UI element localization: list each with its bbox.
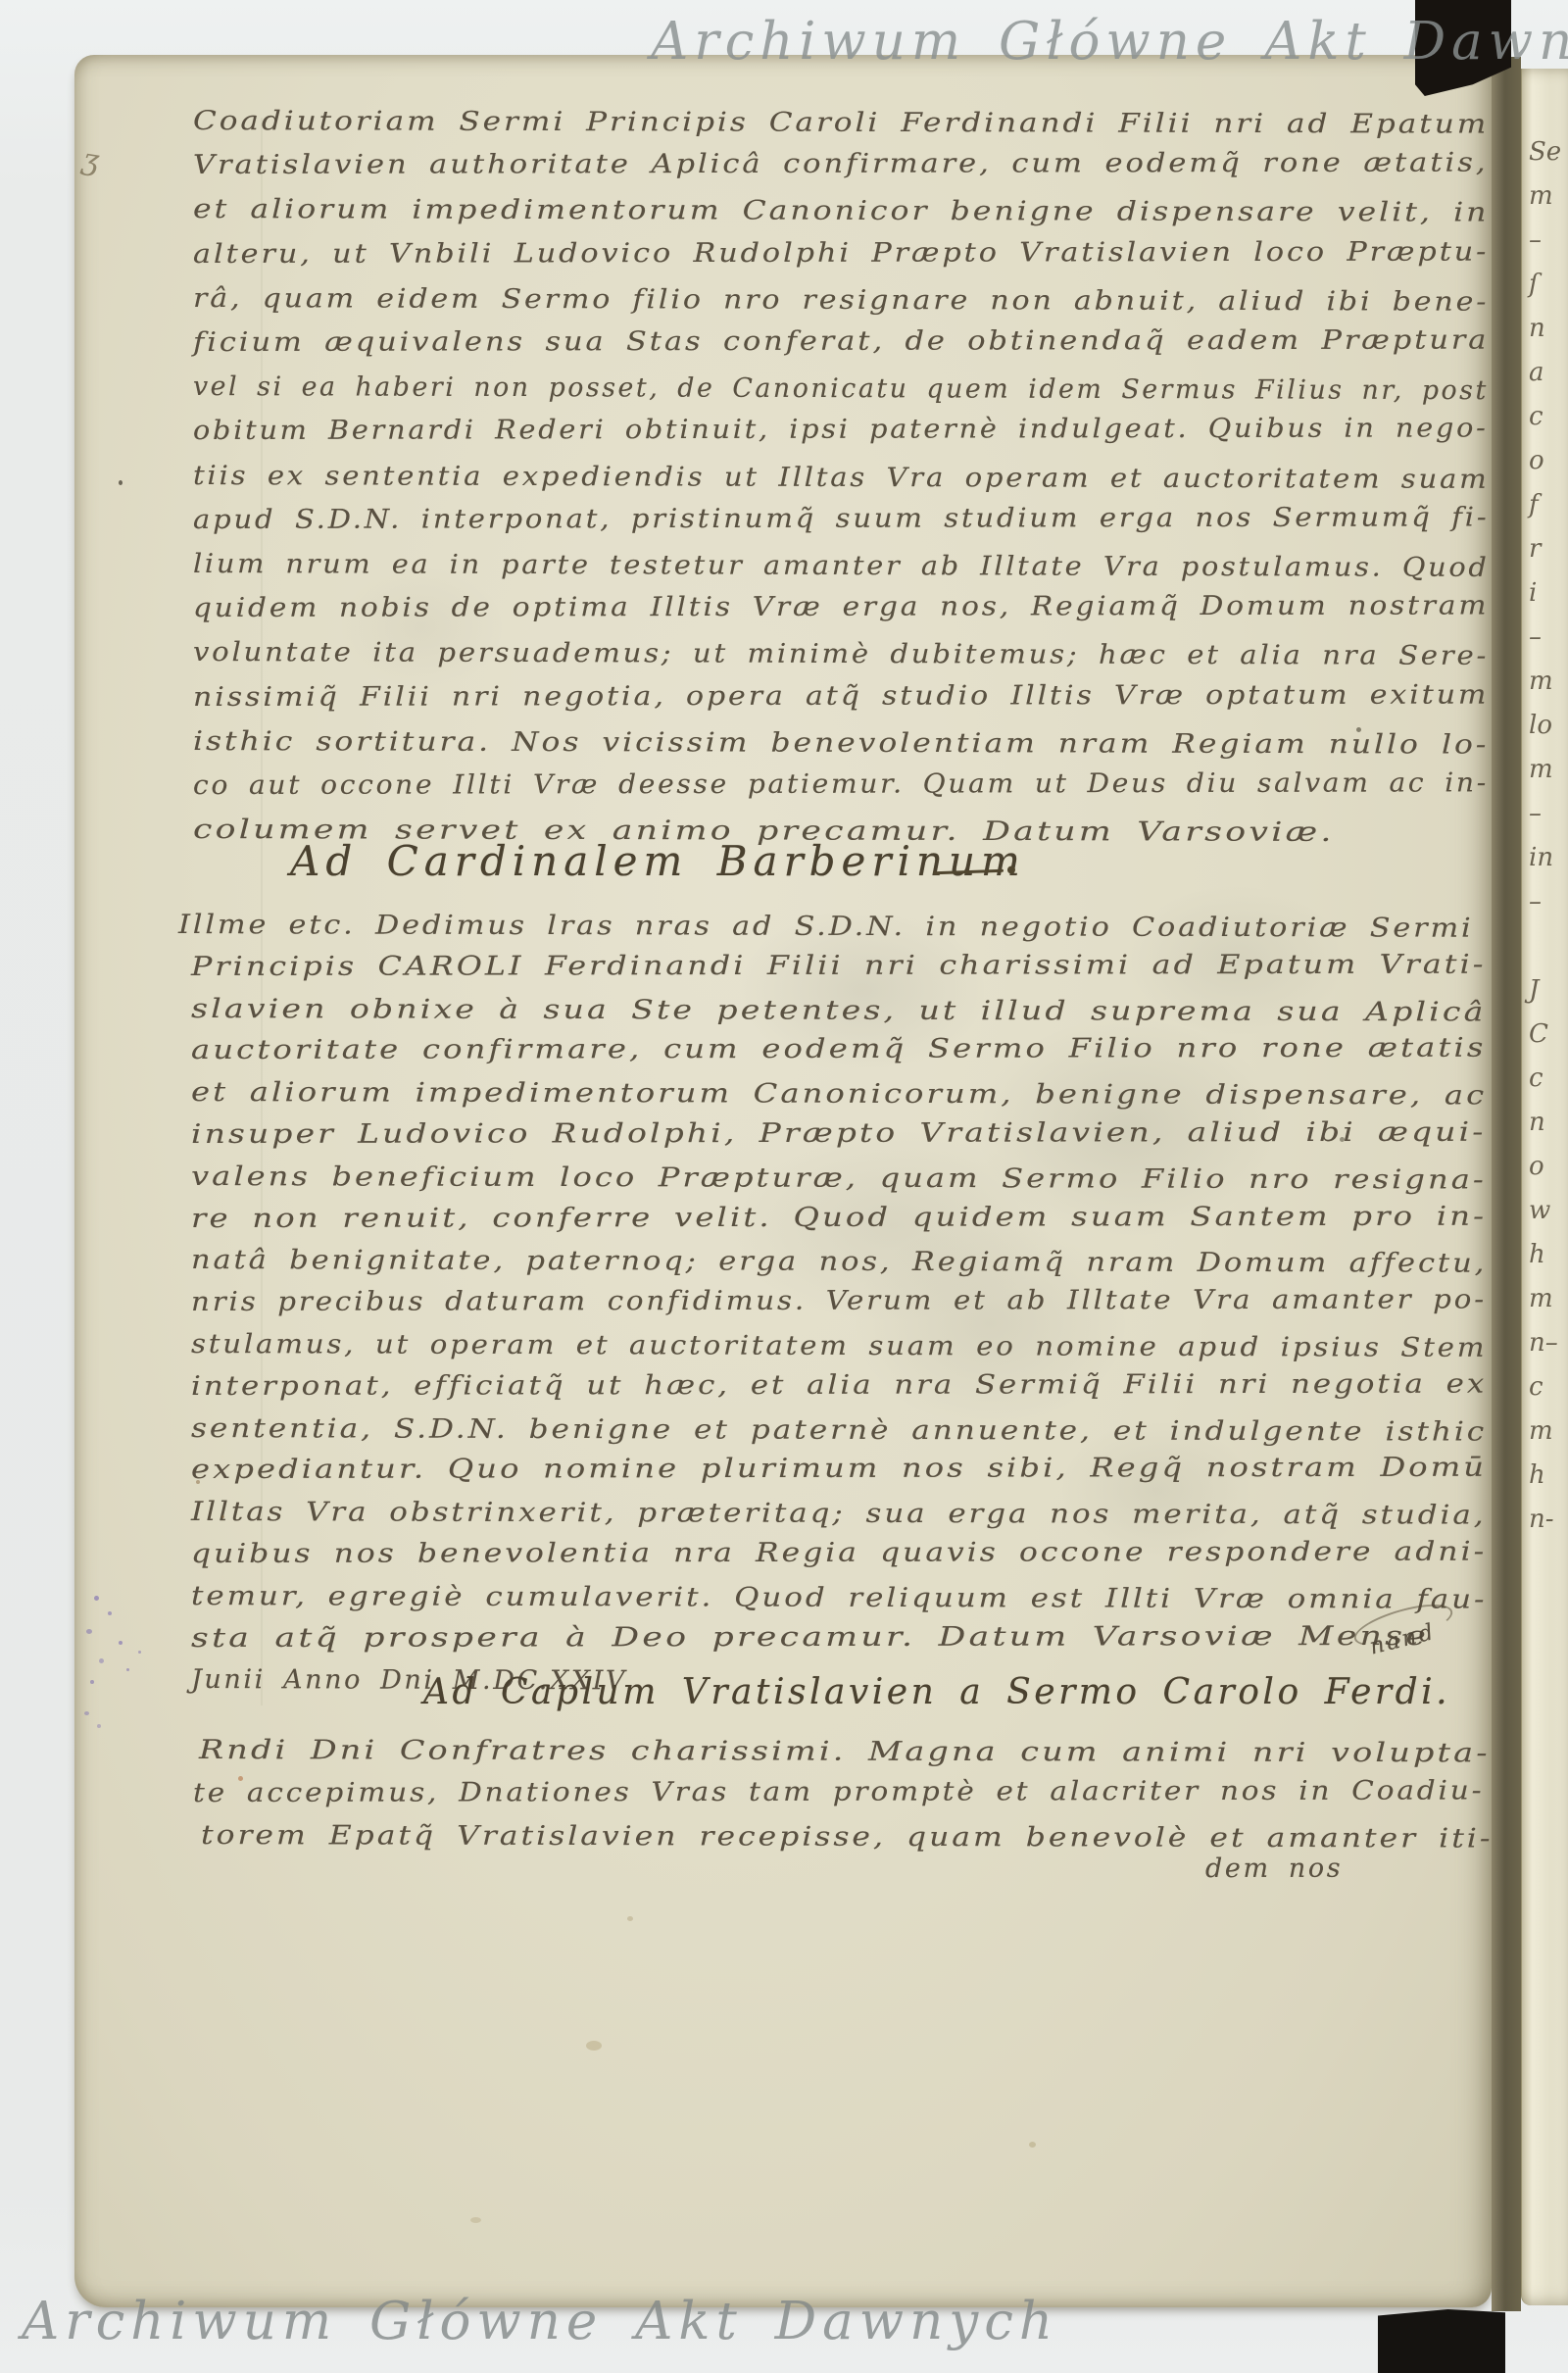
manuscript-text-line: sententia, S.D.N. benigne et paternè ann… xyxy=(191,1413,1487,1448)
adjacent-page-text-fragment: – xyxy=(1529,887,1542,916)
adjacent-page-text-fragment: h xyxy=(1529,1460,1545,1490)
adjacent-page-text-fragment: m xyxy=(1529,755,1553,784)
adjacent-page-text-fragment: a xyxy=(1529,358,1544,387)
adjacent-page-text-fragment: i xyxy=(1529,578,1537,608)
adjacent-page-text-fragment: n– xyxy=(1529,1328,1558,1358)
adjacent-page-text-fragment: m xyxy=(1529,1284,1553,1313)
manuscript-text-line: re non renuit, conferre velit. Quod quid… xyxy=(191,1201,1487,1233)
manuscript-text-line: insuper Ludovico Rudolphi, Præpto Vratis… xyxy=(191,1117,1487,1150)
manuscript-text-line: voluntate ita persuademus; ut minimè dub… xyxy=(193,637,1489,671)
manuscript-text-line: expediantur. Quo nomine plurimum nos sib… xyxy=(191,1453,1487,1485)
adjacent-page-text-fragment: m xyxy=(1529,667,1553,696)
purple-ink-stain xyxy=(90,1680,94,1684)
manuscript-text-line: torem Epatq̃ Vratislavien recepisse, qua… xyxy=(201,1820,1494,1854)
adjacent-page-text-fragment: – xyxy=(1529,799,1542,828)
foxing-spot xyxy=(238,1776,243,1781)
adjacent-page-text-fragment: c xyxy=(1529,1063,1543,1093)
manuscript-text-line: nris precibus daturam confidimus. Verum … xyxy=(191,1285,1487,1318)
book-gutter-shadow xyxy=(1492,57,1521,2311)
manuscript-text-line: alteru, ut Vnbili Ludovico Rudolphi Præp… xyxy=(193,236,1489,269)
purple-ink-stain xyxy=(94,1596,99,1601)
adjacent-page-text-fragment: n xyxy=(1529,314,1545,343)
archive-scan: Coadiutoriam Sermi Principis Caroli Ferd… xyxy=(0,0,1568,2373)
adjacent-page-text-fragment: w xyxy=(1529,1196,1550,1225)
adjacent-page-text-fragment: c xyxy=(1529,1372,1543,1402)
manuscript-text-line: tiis ex sententia expediendis ut Illtas … xyxy=(193,461,1490,495)
adjacent-page-text-fragment: n- xyxy=(1529,1505,1554,1534)
manuscript-text-line: isthic sortitura. Nos vicissim benevolen… xyxy=(193,726,1490,761)
manuscript-text-line: te accepimus, Dnationes Vras tam promptè… xyxy=(193,1775,1484,1808)
purple-ink-stain xyxy=(138,1651,141,1654)
adjacent-page-text-fragment: o xyxy=(1529,1152,1544,1181)
manuscript-text-line: temur, egregiè cumulaverit. Quod reliquu… xyxy=(191,1581,1488,1615)
adjacent-page-text-fragment: m xyxy=(1529,1416,1553,1446)
manuscript-text-line: co aut occone Illti Vræ deesse patiemur.… xyxy=(193,767,1489,801)
adjacent-page-text-fragment: C xyxy=(1529,1019,1548,1049)
ink-speck xyxy=(119,480,122,485)
adjacent-page-text-fragment: n xyxy=(1529,1108,1545,1137)
purple-ink-stain xyxy=(97,1724,101,1728)
heading-ad-capitulum-vratislavien: Ad Caplum Vratislavien a Sermo Carolo Fe… xyxy=(423,1672,1450,1712)
foxing-spot xyxy=(627,1916,633,1921)
adjacent-page-text-fragment: – xyxy=(1529,622,1542,652)
adjacent-page-text-fragment: o xyxy=(1529,446,1544,475)
foxing-spot xyxy=(1029,2142,1036,2148)
manuscript-text-line: Coadiutoriam Sermi Principis Caroli Ferd… xyxy=(193,106,1489,140)
manuscript-text-line: quibus nos benevolentia nra Regia quavis… xyxy=(191,1537,1487,1569)
manuscript-text-line: Vratislavien authoritate Aplicâ confirma… xyxy=(193,148,1489,180)
manuscript-text-line: Illtas Vra obstrinxerit, præteritaq; sua… xyxy=(191,1497,1487,1531)
manuscript-text-line: Rndi Dni Confratres charissimi. Magna cu… xyxy=(199,1735,1491,1768)
purple-ink-stain xyxy=(84,1711,89,1715)
purple-ink-stain xyxy=(119,1641,122,1645)
manuscript-text-line: nissimiq̃ Filii nri negotia, opera atq̃ … xyxy=(193,679,1489,712)
manuscript-text-line: vel si ea haberi non posset, de Canonica… xyxy=(193,371,1489,406)
purple-ink-stain xyxy=(126,1668,129,1671)
adjacent-page-text-fragment: c xyxy=(1529,402,1543,431)
ink-speck xyxy=(1356,727,1361,732)
manuscript-text-line: valens beneficium loco Præpturæ, quam Se… xyxy=(191,1162,1487,1196)
manuscript-text-line: râ, quam eidem Sermo filio nro resignare… xyxy=(193,283,1489,318)
manuscript-text-line: sta atq̃ prospera à Deo precamur. Datum … xyxy=(191,1621,1429,1654)
adjacent-page-text-column: Sem–ſnacofri–mlom–in–JCcnowhmn–cmhn- xyxy=(1521,0,1568,2373)
purple-ink-stain xyxy=(86,1629,92,1634)
foxing-spot xyxy=(221,1515,224,1518)
manuscript-text-line: auctoritate confirmare, cum eodemq̃ Serm… xyxy=(191,1033,1487,1065)
adjacent-page-text-fragment: in xyxy=(1529,843,1553,872)
adjacent-page-text-fragment: m xyxy=(1529,181,1553,211)
manuscript-text-line: apud S.D.N. interponat, pristinumq̃ suum… xyxy=(193,502,1490,535)
foxing-spot xyxy=(586,2041,602,2051)
manuscript-text-line: dem nos xyxy=(1205,1854,1343,1884)
heading-ad-cardinalem-barberinum: Ad Cardinalem Barberinum xyxy=(290,837,1026,885)
adjacent-page-text-fragment: h xyxy=(1529,1240,1545,1269)
foxing-spot xyxy=(196,1480,200,1484)
adjacent-page-text-fragment: – xyxy=(1529,225,1542,255)
ink-speck xyxy=(1340,1137,1345,1142)
manuscript-text-line: Illme etc. Dedimus lras nras ad S.D.N. i… xyxy=(178,910,1474,944)
black-backing-bottom xyxy=(1378,2309,1505,2373)
manuscript-text-line: Principis CAROLI Ferdinandi Filii nri ch… xyxy=(191,949,1487,981)
adjacent-page-text-fragment: ſ xyxy=(1529,270,1539,299)
purple-ink-stain xyxy=(108,1611,112,1615)
manuscript-text-line: natâ benignitate, paternoq; erga nos, Re… xyxy=(191,1245,1487,1279)
manuscript-text-line: slavien obnixe à sua Ste petentes, ut il… xyxy=(191,994,1487,1027)
adjacent-page-text-fragment: J xyxy=(1529,975,1539,1005)
adjacent-page-text-fragment: lo xyxy=(1529,711,1552,740)
manuscript-text-line: quidem nobis de optima Illtis Vræ erga n… xyxy=(193,591,1489,624)
manuscript-text-line: et aliorum impedimentorum Canonicor beni… xyxy=(193,194,1490,228)
adjacent-page-text-fragment: f xyxy=(1529,490,1539,519)
manuscript-text-line: ficium æquivalens sua Stas conferat, de … xyxy=(193,325,1489,358)
manuscript-text-line: et aliorum impedimentorum Canonicorum, b… xyxy=(191,1077,1487,1111)
adjacent-page-text-fragment: Se xyxy=(1529,137,1561,167)
purple-ink-stain xyxy=(99,1658,104,1663)
manuscript-text-line: obitum Bernardi Rederi obtinuit, ipsi pa… xyxy=(193,414,1489,447)
manuscript-text-line: stulamus, ut operam et auctoritatem suam… xyxy=(191,1329,1487,1363)
manuscript-text-line: interponat, efficiatq̃ ut hæc, et alia n… xyxy=(191,1368,1487,1401)
foxing-spot xyxy=(470,2217,481,2223)
adjacent-page-text-fragment: r xyxy=(1529,534,1541,564)
manuscript-text-line: lium nrum ea in parte testetur amanter a… xyxy=(193,549,1490,583)
